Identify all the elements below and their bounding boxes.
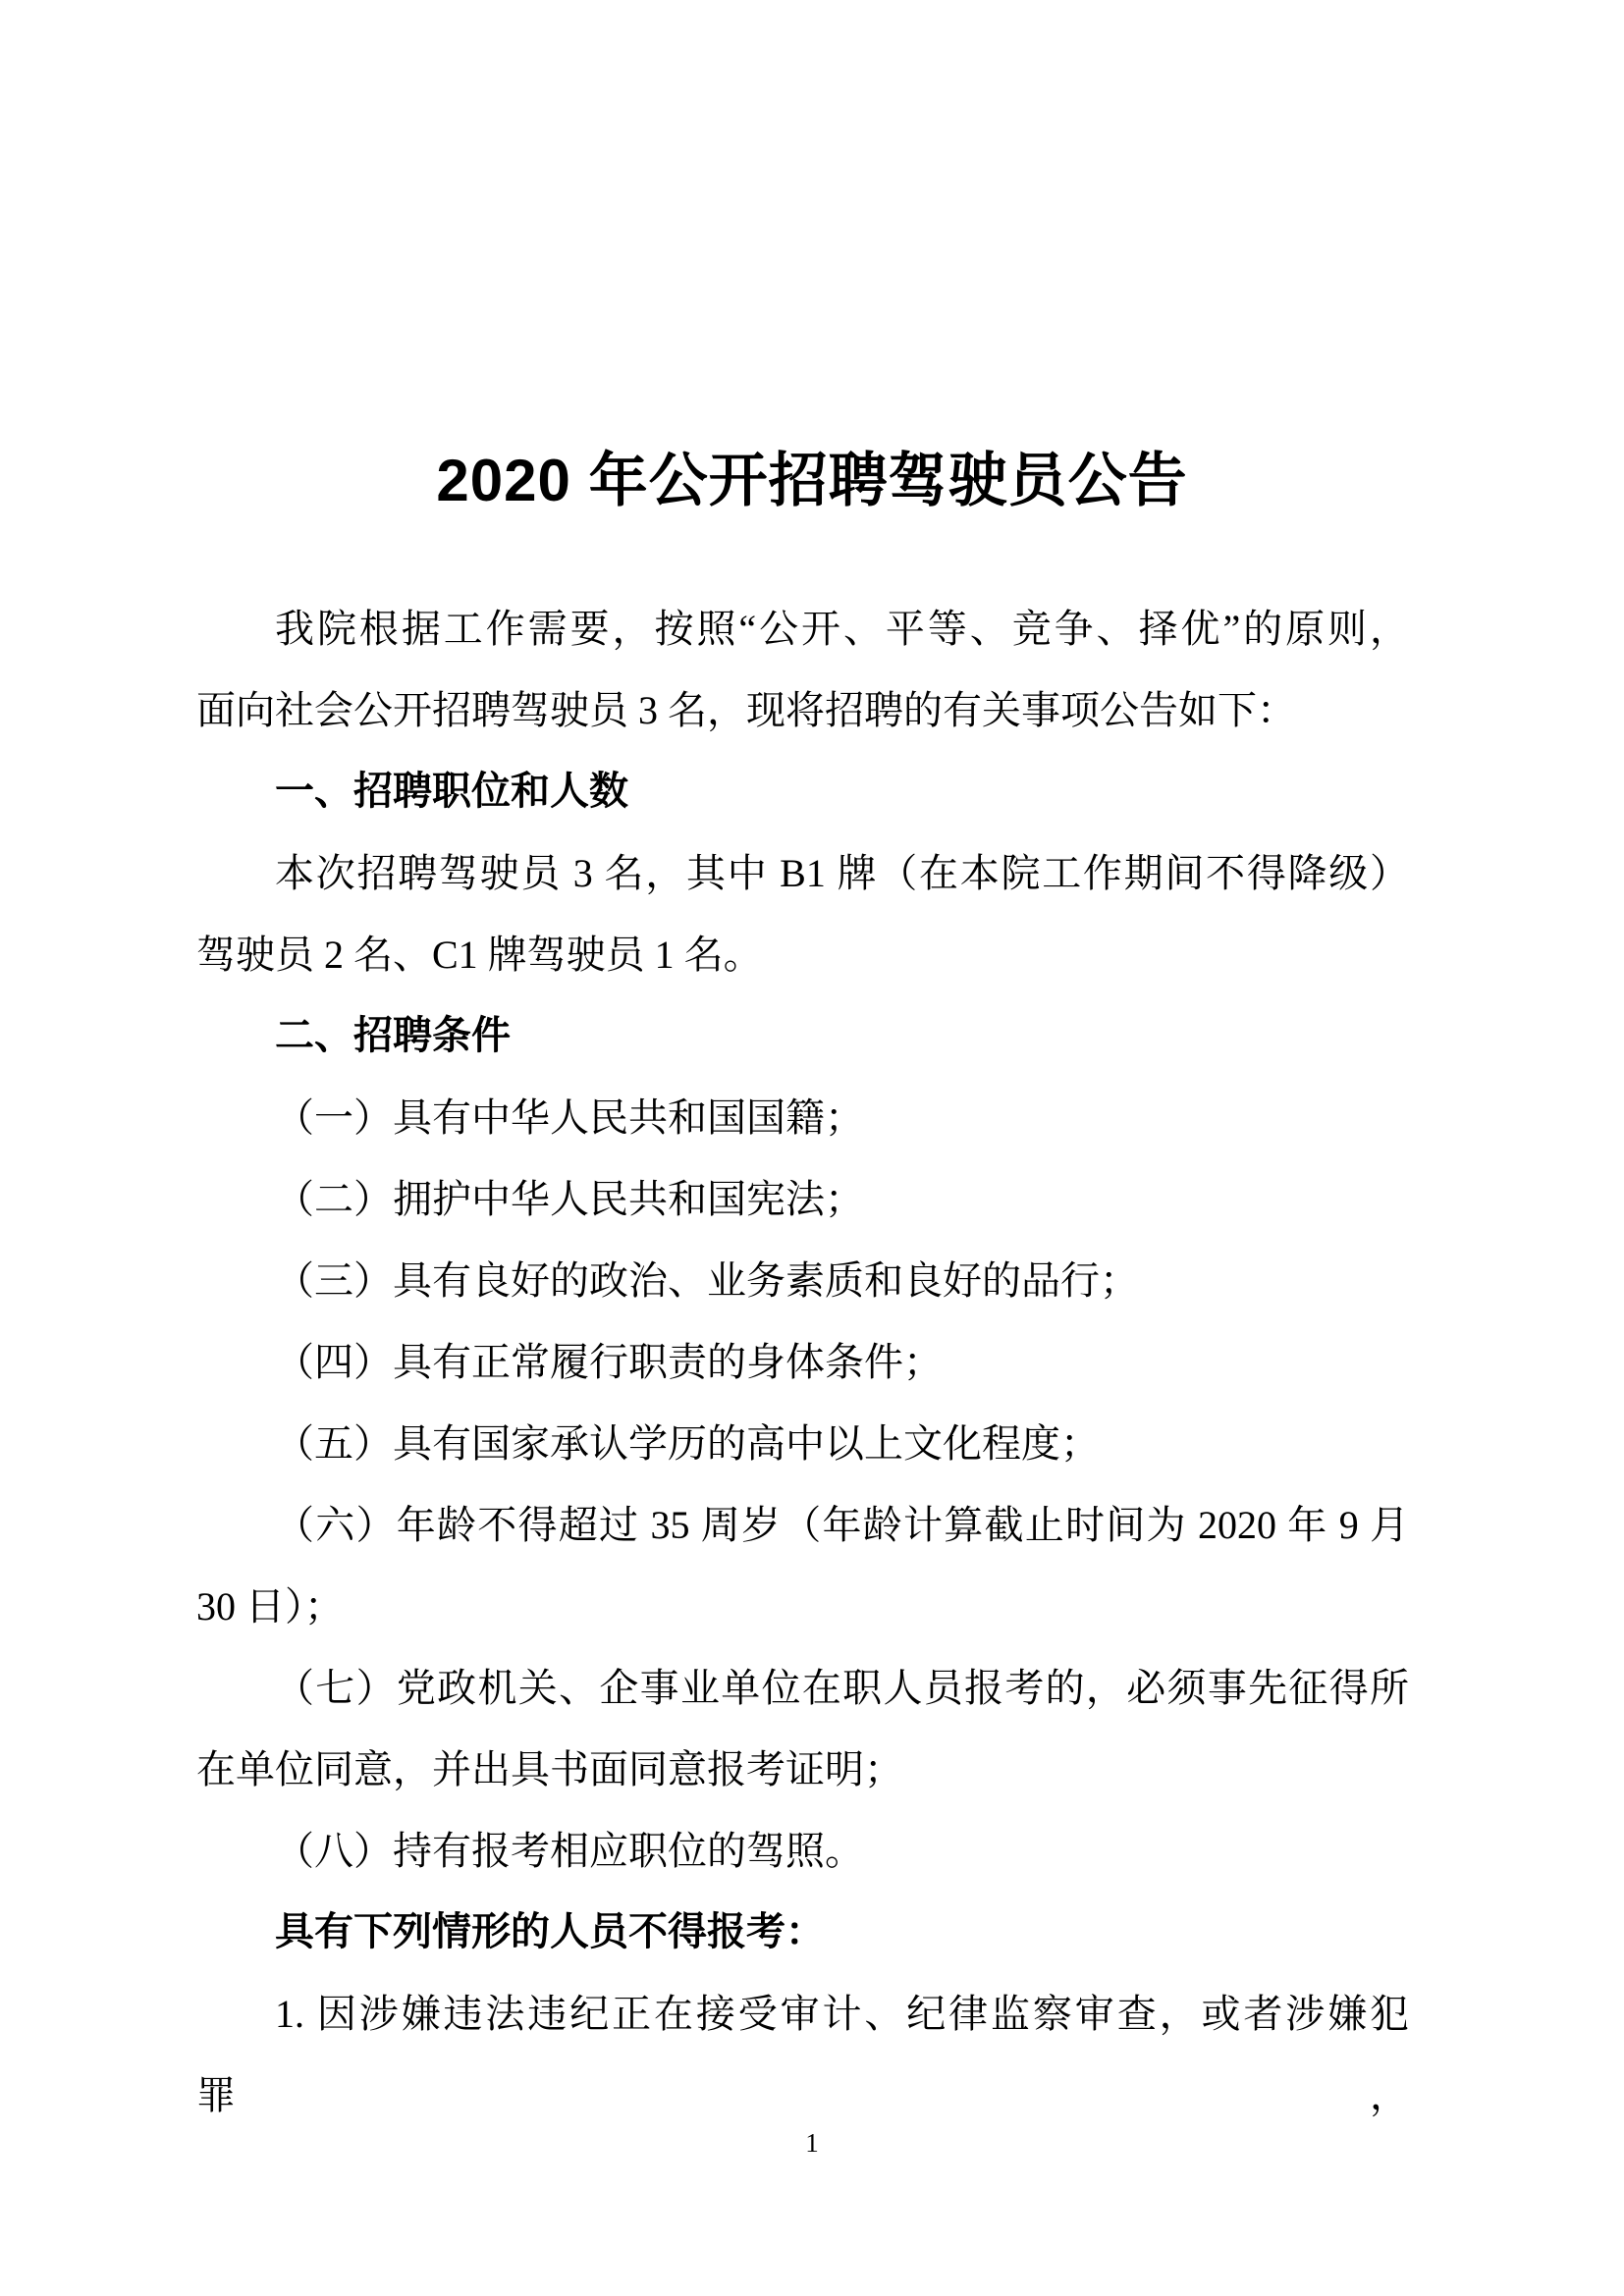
paragraph-line: 本次招聘驾驶员 3 名，其中 B1 牌（在本院工作期间不得降级）: [196, 832, 1409, 914]
list-item: （四）具有正常履行职责的身体条件；: [196, 1321, 1409, 1403]
list-item: （一）具有中华人民共和国国籍；: [196, 1077, 1409, 1158]
section-heading: 具有下列情形的人员不得报考：: [196, 1892, 1409, 1973]
document-body: 我院根据工作需要，按照“公开、平等、竞争、择优”的原则， 面向社会公开招聘驾驶员…: [196, 588, 1409, 2136]
list-item: （三）具有良好的政治、业务素质和良好的品行；: [196, 1240, 1409, 1321]
list-item: 30 日）；: [196, 1566, 1409, 1647]
section-heading: 二、招聘条件: [196, 995, 1409, 1077]
list-item: （二）拥护中华人民共和国宪法；: [196, 1158, 1409, 1240]
list-item: （五）具有国家承认学历的高中以上文化程度；: [196, 1403, 1409, 1484]
page-number: 1: [0, 2123, 1624, 2163]
list-item: （七）党政机关、企事业单位在职人员报考的，必须事先征得所: [196, 1647, 1409, 1729]
section-heading: 一、招聘职位和人数: [196, 751, 1409, 832]
paragraph-line: 驾驶员 2 名、C1 牌驾驶员 1 名。: [196, 914, 1409, 995]
paragraph-line: 我院根据工作需要，按照“公开、平等、竞争、择优”的原则，: [196, 588, 1409, 669]
numbered-item: 1. 因涉嫌违法违纪正在接受审计、纪律监察审查，或者涉嫌犯罪，: [196, 1973, 1409, 2136]
paragraph-line: 面向社会公开招聘驾驶员 3 名，现将招聘的有关事项公告如下：: [196, 669, 1409, 751]
document-page: 2020 年公开招聘驾驶员公告 我院根据工作需要，按照“公开、平等、竞争、择优”…: [0, 0, 1624, 2296]
document-title: 2020 年公开招聘驾驶员公告: [0, 442, 1624, 520]
list-item: 在单位同意，并出具书面同意报考证明；: [196, 1729, 1409, 1810]
list-item: （八）持有报考相应职位的驾照。: [196, 1810, 1409, 1892]
list-item: （六）年龄不得超过 35 周岁（年龄计算截止时间为 2020 年 9 月: [196, 1484, 1409, 1566]
